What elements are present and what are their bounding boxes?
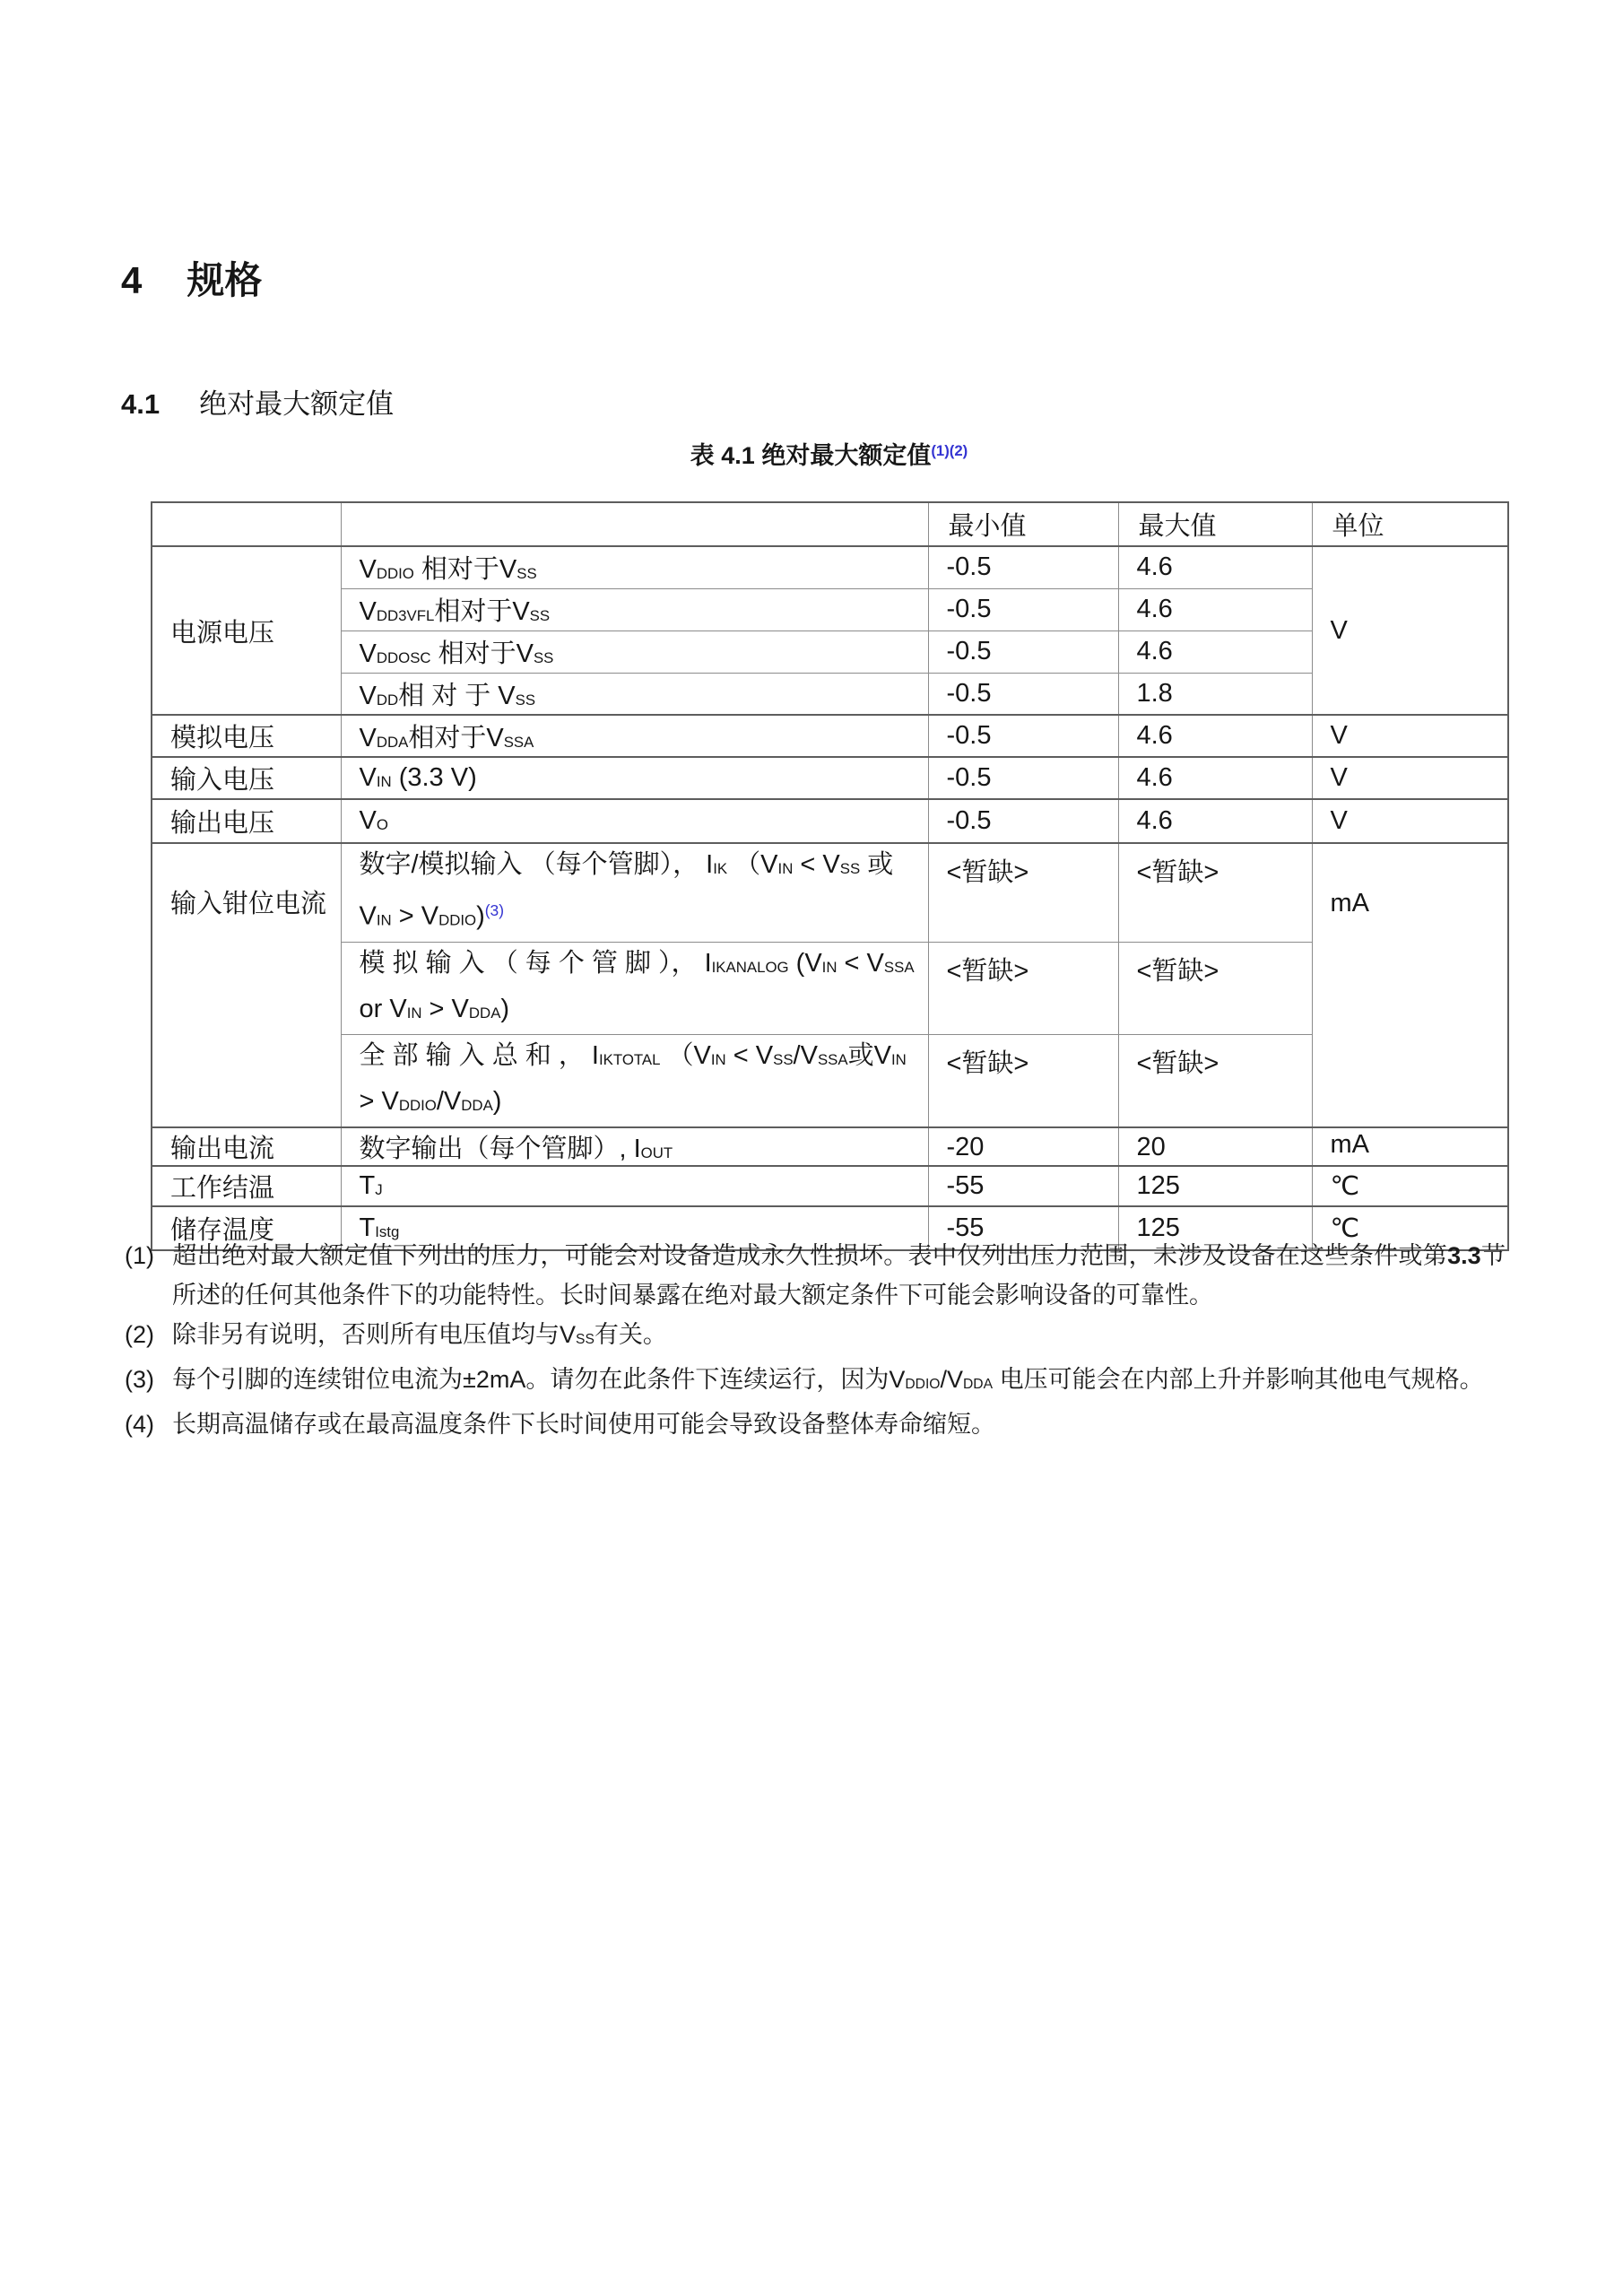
section-heading: 4规格: [121, 260, 262, 302]
footnote-number: (1): [125, 1236, 172, 1275]
row-group-label: 输入钳位电流: [152, 843, 341, 1127]
cell-min-value: -0.5: [928, 757, 1118, 799]
subscript: SS: [773, 1051, 793, 1068]
column-header-min: 最小值: [928, 502, 1118, 546]
subscript: DDIO: [399, 1097, 437, 1114]
cell-max-value: 4.6: [1118, 799, 1312, 843]
cell-max-value: 4.6: [1118, 631, 1312, 673]
subscript: SSA: [884, 959, 915, 976]
row-group-label: 输出电流: [152, 1127, 341, 1166]
cell-min-value: <暂缺>: [928, 843, 1118, 942]
cell-max-value: 4.6: [1118, 546, 1312, 588]
subscript: DDA: [963, 1377, 993, 1392]
subscript: DDA: [469, 1004, 501, 1022]
cell-min-value: -20: [928, 1127, 1118, 1166]
table-row: VDDOSC 相对于VSS-0.54.6: [152, 631, 1508, 673]
row-group-label: 工作结温: [152, 1166, 341, 1206]
footnote-number: (2): [125, 1315, 172, 1354]
cell-unit: mA: [1312, 1127, 1508, 1166]
subscript: SSA: [504, 734, 534, 751]
subscript: SS: [534, 649, 553, 666]
section-ref: 3.3: [1447, 1242, 1481, 1269]
cell-max-value: 4.6: [1118, 757, 1312, 799]
cell-unit: mA: [1312, 843, 1508, 1127]
subscript: IN: [711, 1051, 726, 1068]
subscript: OUT: [641, 1144, 673, 1161]
subscript: DDA: [461, 1097, 493, 1114]
cell-unit: V: [1312, 715, 1508, 757]
subscript: DDIO: [377, 565, 414, 582]
row-group-label: 输出电压: [152, 799, 341, 843]
cell-min-value: <暂缺>: [928, 1034, 1118, 1127]
subsection-title: 绝对最大额定值: [199, 388, 394, 420]
cell-parameter: VDDIO 相对于VSS: [341, 546, 928, 588]
cell-parameter: VDD相 对 于 VSS: [341, 673, 928, 715]
subscript: SS: [576, 1332, 595, 1347]
section-title: 规格: [187, 261, 262, 302]
cell-parameter: 全 部 输 入 总 和 ， IIKTOTAL （VIN < VSS/VSSA或V…: [341, 1034, 928, 1127]
section-number: 4: [121, 259, 142, 301]
subscript: SS: [516, 691, 535, 709]
subscript: SSA: [818, 1051, 848, 1068]
cell-max-value: 20: [1118, 1127, 1312, 1166]
table-caption-number: 表 4.1: [690, 442, 755, 469]
row-group-label: 电源电压: [152, 546, 341, 715]
cell-parameter: 模 拟 输 入 （ 每 个 管 脚 ）， IIKANALOG (VIN < VS…: [341, 942, 928, 1034]
subscript: DDA: [377, 734, 409, 751]
cell-parameter: VDD3VFL相对于VSS: [341, 588, 928, 631]
subscript: O: [377, 816, 388, 833]
cell-min-value: <暂缺>: [928, 942, 1118, 1034]
footnote: (3)每个引脚的连续钳位电流为±2mA。请勿在此条件下连续运行，因为VDDIO/…: [125, 1360, 1506, 1405]
subscript: SS: [530, 607, 550, 624]
cell-parameter: 数字/模拟输入 （每个管脚）， IIK （VIN < VSS 或VIN > VD…: [341, 843, 928, 942]
table-row: 输出电流数字输出（每个管脚）, IOUT-2020mA: [152, 1127, 1508, 1166]
cell-parameter: TJ: [341, 1166, 928, 1206]
cell-max-value: <暂缺>: [1118, 942, 1312, 1034]
subscript: IKANALOG: [712, 959, 789, 976]
cell-min-value: -0.5: [928, 546, 1118, 588]
cell-max-value: 1.8: [1118, 673, 1312, 715]
datasheet-page: 4规格 4.1绝对最大额定值 表 4.1 绝对最大额定值(1)(2) 最小值 最…: [0, 0, 1623, 2296]
table-caption: 表 4.1 绝对最大额定值(1)(2): [151, 436, 1507, 471]
subscript: IN: [891, 1051, 907, 1068]
subsection-number: 4.1: [121, 388, 160, 420]
table-body: 电源电压VDDIO 相对于VSS-0.54.6VVDD3VFL相对于VSS-0.…: [152, 546, 1508, 1250]
cell-parameter: 数字输出（每个管脚）, IOUT: [341, 1127, 928, 1166]
table-row: 输入电压VIN (3.3 V)-0.54.6V: [152, 757, 1508, 799]
row-group-label: 输入电压: [152, 757, 341, 799]
subscript: DD3VFL: [377, 607, 434, 624]
cell-unit: V: [1312, 799, 1508, 843]
cell-parameter: VO: [341, 799, 928, 843]
footnote-number: (3): [125, 1360, 172, 1399]
subscript: IN: [377, 912, 392, 929]
table-row: VDD相 对 于 VSS-0.51.8: [152, 673, 1508, 715]
subscript: IKTOTAL: [599, 1051, 661, 1068]
table-row: 输出电压VO-0.54.6V: [152, 799, 1508, 843]
footnote-text: 长期高温储存或在最高温度条件下长时间使用可能会导致设备整体寿命缩短。: [172, 1411, 995, 1438]
table-row: 输入钳位电流数字/模拟输入 （每个管脚）， IIK （VIN < VSS 或VI…: [152, 843, 1508, 942]
column-header-category: [152, 502, 341, 546]
subscript: DDOSC: [377, 649, 431, 666]
cell-min-value: -0.5: [928, 799, 1118, 843]
footnote: (4)长期高温储存或在最高温度条件下长时间使用可能会导致设备整体寿命缩短。: [125, 1405, 1506, 1444]
subscript: DDIO: [905, 1377, 940, 1392]
column-header-max: 最大值: [1118, 502, 1312, 546]
table-row: VDD3VFL相对于VSS-0.54.6: [152, 588, 1508, 631]
subscript: IK: [713, 860, 727, 877]
cell-max-value: 4.6: [1118, 715, 1312, 757]
cell-unit: ℃: [1312, 1166, 1508, 1206]
table-caption-title: 绝对最大额定值: [761, 442, 931, 469]
footnote-text: 除非另有说明，否则所有电压值均与VSS有关。: [172, 1321, 667, 1348]
cell-parameter: VDDOSC 相对于VSS: [341, 631, 928, 673]
cell-max-value: <暂缺>: [1118, 843, 1312, 942]
subscript: IN: [822, 959, 838, 976]
absolute-maximum-ratings-table: 最小值 最大值 单位 电源电压VDDIO 相对于VSS-0.54.6VVDD3V…: [151, 501, 1509, 1251]
caption-footnote-ref-link[interactable]: (1)(2): [931, 442, 968, 459]
table-row: 模拟电压VDDA相对于VSSA-0.54.6V: [152, 715, 1508, 757]
cell-unit: V: [1312, 546, 1508, 715]
cell-max-value: 125: [1118, 1166, 1312, 1206]
cell-parameter: VIN (3.3 V): [341, 757, 928, 799]
subscript: IN: [407, 1004, 422, 1022]
footnote-ref-link[interactable]: (3): [485, 901, 504, 919]
table-row: 电源电压VDDIO 相对于VSS-0.54.6V: [152, 546, 1508, 588]
footnotes-block: (1)超出绝对最大额定值下列出的压力，可能会对设备造成永久性损坏。表中仅列出压力…: [125, 1236, 1506, 1444]
subscript: IN: [377, 773, 392, 790]
table-row: 模 拟 输 入 （ 每 个 管 脚 ）， IIKANALOG (VIN < VS…: [152, 942, 1508, 1034]
footnote-text: 超出绝对最大额定值下列出的压力，可能会对设备造成永久性损坏。表中仅列出压力范围，…: [172, 1242, 1506, 1309]
table-header-row: 最小值 最大值 单位: [152, 502, 1508, 546]
subscript: IN: [778, 860, 794, 877]
row-group-label: 模拟电压: [152, 715, 341, 757]
footnote: (2)除非另有说明，否则所有电压值均与VSS有关。: [125, 1315, 1506, 1360]
footnote: (1)超出绝对最大额定值下列出的压力，可能会对设备造成永久性损坏。表中仅列出压力…: [125, 1236, 1506, 1315]
cell-min-value: -0.5: [928, 715, 1118, 757]
table-row: 全 部 输 入 总 和 ， IIKTOTAL （VIN < VSS/VSSA或V…: [152, 1034, 1508, 1127]
cell-max-value: 4.6: [1118, 588, 1312, 631]
cell-unit: V: [1312, 757, 1508, 799]
footnote-number: (4): [125, 1405, 172, 1444]
cell-min-value: -55: [928, 1166, 1118, 1206]
subsection-heading: 4.1绝对最大额定值: [121, 389, 394, 420]
subscript: DDIO: [438, 912, 476, 929]
subscript: DD: [377, 691, 398, 709]
subscript: SS: [516, 565, 536, 582]
cell-parameter: VDDA相对于VSSA: [341, 715, 928, 757]
cell-min-value: -0.5: [928, 631, 1118, 673]
column-header-unit: 单位: [1312, 502, 1508, 546]
footnote-text: 每个引脚的连续钳位电流为±2mA。请勿在此条件下连续运行，因为VDDIO/VDD…: [172, 1366, 1484, 1393]
table-row: 工作结温TJ-55125℃: [152, 1166, 1508, 1206]
column-header-parameter: [341, 502, 928, 546]
cell-max-value: <暂缺>: [1118, 1034, 1312, 1127]
subscript: J: [375, 1181, 382, 1198]
cell-min-value: -0.5: [928, 673, 1118, 715]
cell-min-value: -0.5: [928, 588, 1118, 631]
subscript: SS: [840, 860, 860, 877]
